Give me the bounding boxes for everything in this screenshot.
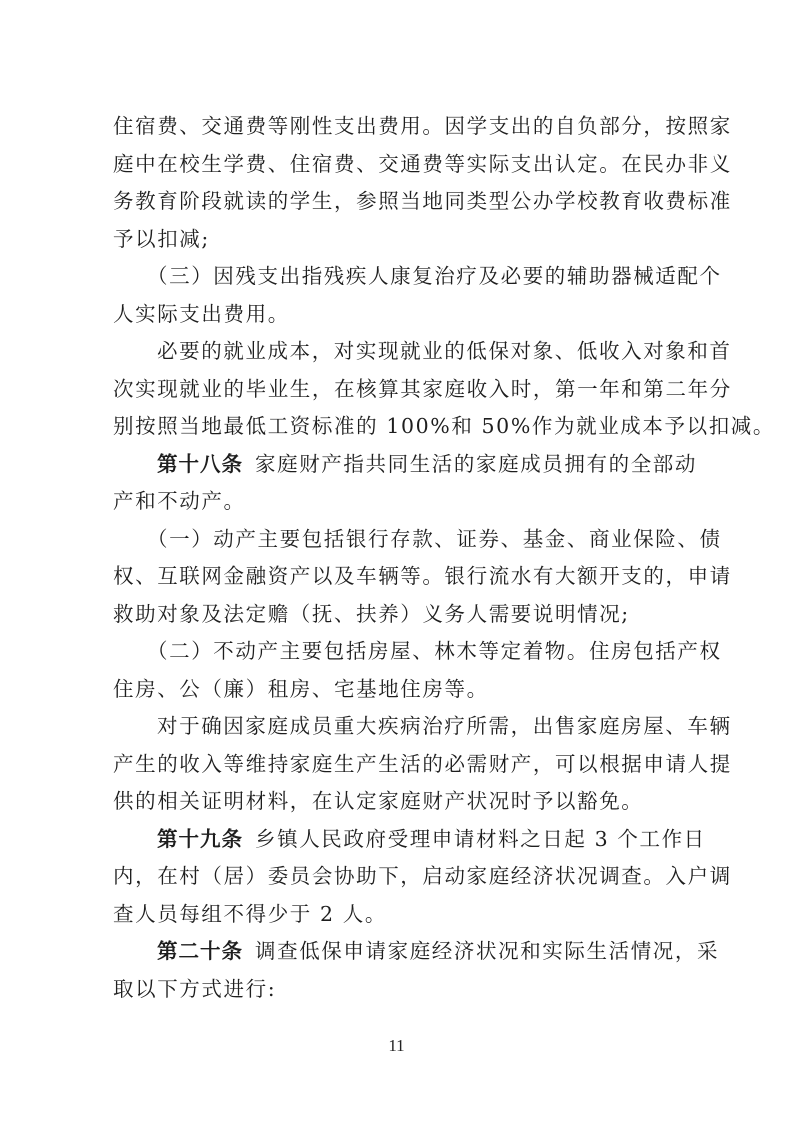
article-text: 乡镇人民政府受理申请材料之日起 3 个工作日 [255, 827, 706, 851]
text-line: 内，在村（居）委员会协助下，启动家庭经济状况调查。入户调 [113, 858, 693, 896]
article-text: 调查低保申请家庭经济状况和实际生活情况，采 [255, 939, 719, 963]
text-line: 别按照当地最低工资标准的 100%和 50%作为就业成本予以扣减。 [113, 408, 693, 446]
article-18: 第十八条家庭财产指共同生活的家庭成员拥有的全部动 产和不动产。 [113, 446, 693, 521]
text-line: 供的相关证明材料，在认定家庭财产状况时予以豁免。 [113, 783, 693, 821]
text-line: 产生的收入等维持家庭生产生活的必需财产，可以根据申请人提 [113, 746, 693, 784]
paragraph-property-exemption: 对于确因家庭成员重大疾病治疗所需，出售家庭房屋、车辆 产生的收入等维持家庭生产生… [113, 708, 693, 821]
article-19: 第十九条乡镇人民政府受理申请材料之日起 3 个工作日 内，在村（居）委员会协助下… [113, 821, 693, 934]
text-line: 住房、公（廉）租房、宅基地住房等。 [113, 671, 693, 709]
text-line: 务教育阶段就读的学生，参照当地同类型公办学校教育收费标准 [113, 183, 693, 221]
article-label: 第十九条 [157, 827, 243, 851]
text-line: 住宿费、交通费等刚性支出费用。因学支出的自负部分，按照家 [113, 108, 693, 146]
text-line: （一）动产主要包括银行存款、证券、基金、商业保险、债 [113, 521, 693, 559]
document-page: 住宿费、交通费等刚性支出费用。因学支出的自负部分，按照家 庭中在校生学费、住宿费… [0, 0, 793, 1122]
text-line: 予以扣减; [113, 221, 693, 259]
page-number: 11 [0, 1036, 793, 1056]
text-line: 产和不动产。 [113, 483, 693, 521]
text-line: 权、互联网金融资产以及车辆等。银行流水有大额开支的，申请 [113, 558, 693, 596]
text-line: 庭中在校生学费、住宿费、交通费等实际支出认定。在民办非义 [113, 146, 693, 184]
item-one-movable-property: （一）动产主要包括银行存款、证券、基金、商业保险、债 权、互联网金融资产以及车辆… [113, 521, 693, 634]
article-text: 家庭财产指共同生活的家庭成员拥有的全部动 [255, 452, 697, 476]
text-line: 查人员每组不得少于 2 人。 [113, 896, 693, 934]
text-line: 对于确因家庭成员重大疾病治疗所需，出售家庭房屋、车辆 [113, 708, 693, 746]
item-two-immovable-property: （二）不动产主要包括房屋、林木等定着物。住房包括产权 住房、公（廉）租房、宅基地… [113, 633, 693, 708]
article-label: 第二十条 [157, 939, 243, 963]
text-line: （二）不动产主要包括房屋、林木等定着物。住房包括产权 [113, 633, 693, 671]
text-line: 取以下方式进行: [113, 971, 693, 1009]
text-line: 次实现就业的毕业生，在核算其家庭收入时，第一年和第二年分 [113, 371, 693, 409]
document-body: 住宿费、交通费等刚性支出费用。因学支出的自负部分，按照家 庭中在校生学费、住宿费… [113, 108, 693, 1008]
text-line: 人实际支出费用。 [113, 296, 693, 334]
text-line: 第二十条调查低保申请家庭经济状况和实际生活情况，采 [113, 933, 693, 971]
paragraph-continuation: 住宿费、交通费等刚性支出费用。因学支出的自负部分，按照家 庭中在校生学费、住宿费… [113, 108, 693, 258]
paragraph-employment-cost: 必要的就业成本，对实现就业的低保对象、低收入对象和首 次实现就业的毕业生，在核算… [113, 333, 693, 446]
text-line: 必要的就业成本，对实现就业的低保对象、低收入对象和首 [113, 333, 693, 371]
text-line: 救助对象及法定赡（抚、扶养）义务人需要说明情况; [113, 596, 693, 634]
item-three-disability-expense: （三）因残支出指残疾人康复治疗及必要的辅助器械适配个 人实际支出费用。 [113, 258, 693, 333]
article-20: 第二十条调查低保申请家庭经济状况和实际生活情况，采 取以下方式进行: [113, 933, 693, 1008]
article-label: 第十八条 [157, 452, 243, 476]
text-line: （三）因残支出指残疾人康复治疗及必要的辅助器械适配个 [113, 258, 693, 296]
text-line: 第十八条家庭财产指共同生活的家庭成员拥有的全部动 [113, 446, 693, 484]
text-line: 第十九条乡镇人民政府受理申请材料之日起 3 个工作日 [113, 821, 693, 859]
